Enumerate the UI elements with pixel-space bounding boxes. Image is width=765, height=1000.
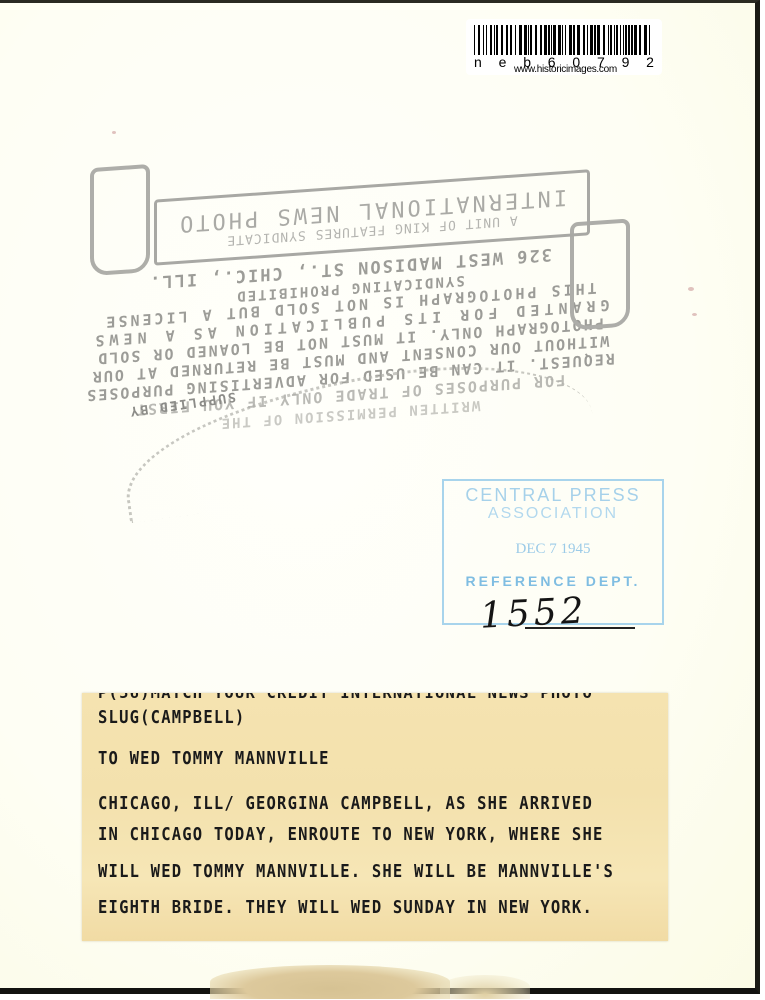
cpa-name: CENTRAL PRESS — [444, 485, 662, 506]
caption-slug: SLUG(CAMPBELL) — [98, 707, 245, 728]
cpa-date: DEC 7 1945 — [444, 541, 662, 558]
caption-headline: TO WED TOMMY MANNVILLE — [98, 748, 330, 769]
cpa-dept: REFERENCE DEPT. — [444, 573, 662, 589]
stain-mark — [440, 975, 530, 999]
stain-mark — [210, 965, 450, 999]
caption-body-line: IN CHICAGO TODAY, ENROUTE TO NEW YORK, W… — [98, 824, 604, 845]
handwritten-underline — [525, 627, 635, 629]
caption-body-line: EIGHTH BRIDE. THEY WILL WED SUNDAY IN NE… — [98, 897, 593, 918]
barcode-digit: 9 — [622, 55, 630, 69]
caption-body-line: CHICAGO, ILL/ GEORGINA CAMPBELL, AS SHE … — [98, 793, 593, 814]
ink-speck — [688, 287, 694, 291]
caption-slip: P(56)MATCH YOUR CREDIT INTERNATIONAL NEW… — [82, 693, 668, 941]
handwritten-number: 1552 — [479, 590, 589, 637]
barcode-digit: e — [499, 55, 507, 69]
photo-back-paper: n e b 6 0 7 9 2 www.historicimages.com W… — [0, 0, 760, 994]
barcode-digit: n — [474, 55, 482, 69]
caption-cut-line: P(56)MATCH YOUR CREDIT INTERNATIONAL NEW… — [98, 684, 593, 702]
ink-speck — [112, 131, 116, 134]
barcode-sticker: n e b 6 0 7 9 2 www.historicimages.com — [466, 19, 662, 75]
barcode-url: www.historicimages.com — [514, 64, 617, 75]
scroll-end-icon — [90, 164, 150, 276]
cpa-association: ASSOCIATION — [444, 505, 662, 523]
barcode-digit: 2 — [646, 55, 654, 69]
ink-speck — [692, 313, 697, 316]
caption-body-line: WILL WED TOMMY MANNVILLE. SHE WILL BE MA… — [98, 861, 614, 882]
barcode-icon — [474, 25, 654, 55]
